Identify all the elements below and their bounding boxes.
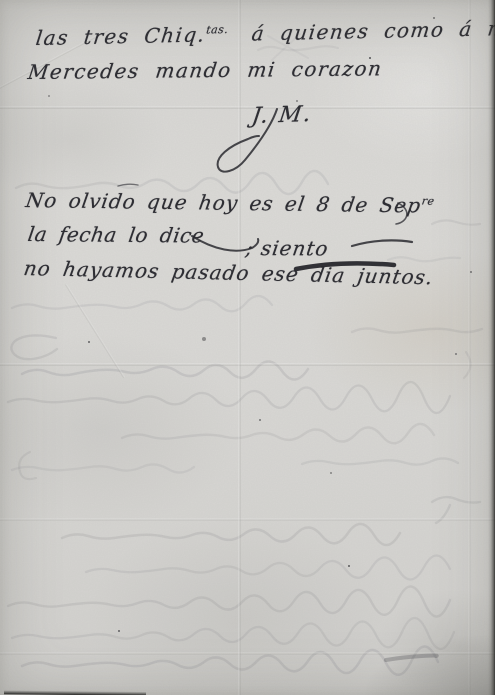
handwriting-line-4b: ; siento bbox=[244, 236, 330, 260]
letter-page: las tres Chiq.tas.á quienes como á mi Me… bbox=[0, 0, 495, 695]
paper-grain bbox=[0, 0, 495, 695]
handwriting-line-3: No olvido que hoy es el 8 de Sepre bbox=[24, 188, 436, 218]
fold-crease-horizontal-1 bbox=[0, 106, 495, 109]
bleedthrough-art bbox=[0, 0, 495, 695]
macron-over-que bbox=[118, 184, 138, 186]
fold-crease-horizontal-3 bbox=[0, 518, 495, 521]
signature-initials: J. M. bbox=[250, 102, 314, 129]
line3-text-a: No olvido que hoy es el 8 de Sep bbox=[24, 188, 423, 217]
handwriting-line-5: no hayamos pasado ese dia juntos. bbox=[22, 256, 435, 289]
paper-edge-bottom-left bbox=[4, 690, 146, 695]
paper-edge-bottom-right-shadow bbox=[365, 635, 495, 695]
scan-vignette bbox=[0, 0, 495, 695]
dash-after-siento bbox=[352, 240, 412, 246]
ink-flourish-art bbox=[0, 0, 495, 695]
line1-text-a: las tres Chiq. bbox=[35, 22, 208, 50]
handwriting-line-2: Mercedes mando mi corazon bbox=[26, 56, 384, 84]
fold-crease-horizontal-2 bbox=[0, 363, 495, 366]
line3-superscript: re bbox=[421, 195, 436, 208]
paper-mottling bbox=[0, 0, 495, 695]
fold-crease-vertical-1 bbox=[238, 0, 241, 695]
handwriting-line-1: las tres Chiq.tas.á quienes como á mi bbox=[35, 16, 495, 50]
fold-crease-vertical-2 bbox=[468, 0, 471, 695]
bleedthrough-strokes bbox=[8, 34, 482, 675]
ink-specks bbox=[0, 0, 2, 2]
line1-text-b: á quienes como á mi bbox=[250, 16, 495, 46]
handwriting-line-4a: la fecha lo dice bbox=[26, 222, 206, 248]
line1-superscript: tas. bbox=[205, 23, 229, 36]
paper-edge-right bbox=[488, 0, 495, 695]
